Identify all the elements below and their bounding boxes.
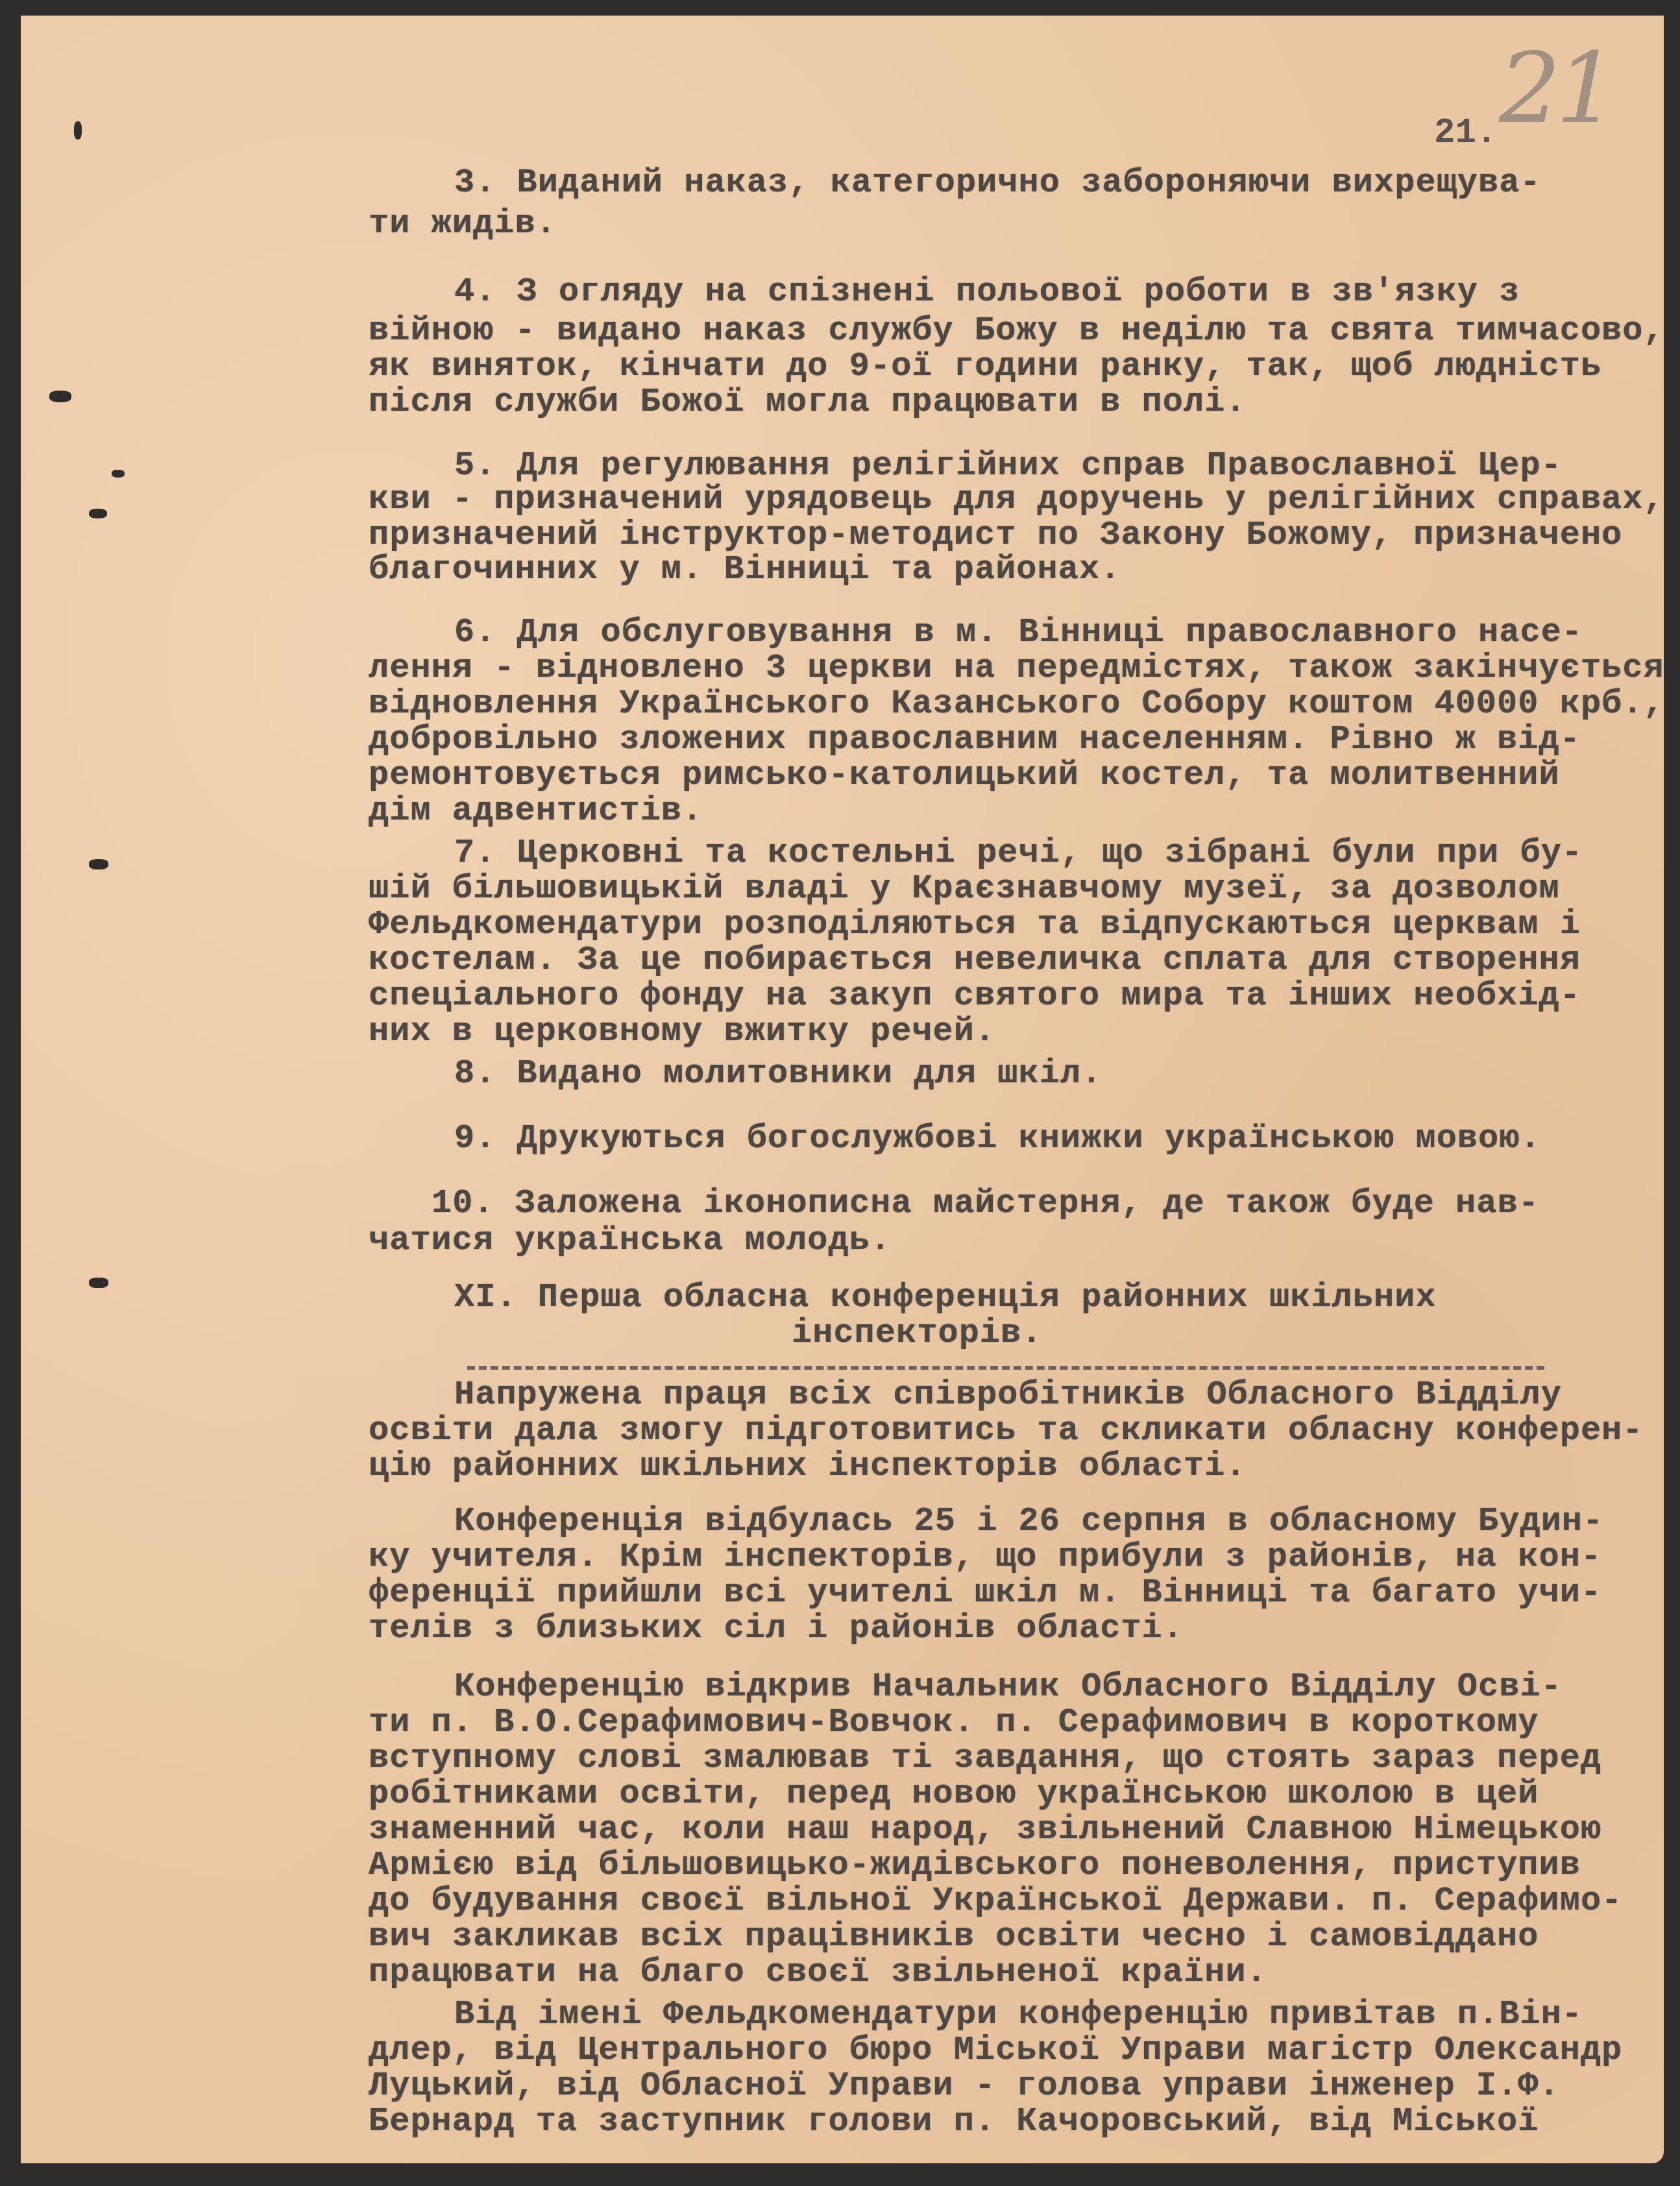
text-line: вступному слові змалював ті завдання, що…	[369, 1739, 1601, 1778]
text-line: ремонтовується римсько-католицький косте…	[369, 756, 1560, 795]
text-line: лення - відновлено 3 церкви на передміст…	[369, 649, 1664, 688]
text-line: костелам. За це побирається невеличка сп…	[369, 941, 1581, 980]
punch-hole	[89, 859, 108, 869]
text-line: відновлення Українського Казанського Соб…	[369, 685, 1664, 723]
punch-hole	[112, 470, 125, 478]
text-line: до будування своєї вільної Української Д…	[369, 1882, 1622, 1921]
text-line: XI. Перша обласна конференція районних ш…	[454, 1278, 1437, 1317]
text-line: ти п. В.О.Серафимович-Вовчок. п. Серафим…	[369, 1703, 1539, 1742]
text-line: вич закликав всіх працівників освіти чес…	[369, 1917, 1539, 1956]
text-line: кви - призначений урядовець для доручень…	[369, 480, 1664, 519]
text-line: війною - видано наказ службу Божу в неді…	[369, 311, 1664, 350]
text-line: шій більшовицькій владі у Краєзнавчому м…	[369, 869, 1560, 908]
text-line: добровільно зложених православним населе…	[369, 720, 1581, 759]
text-line: освіти дала змогу підготовитись та склик…	[369, 1411, 1644, 1450]
text-line: 7. Церковні та костельні речі, що зібран…	[454, 834, 1583, 873]
text-line: Армією від більшовицько-жидівського поне…	[369, 1846, 1581, 1885]
text-line: 8. Видано молитовники для шкіл.	[454, 1054, 1102, 1093]
pencil-folio-number: 21	[1499, 32, 1613, 145]
text-line: Луцький, від Обласної Управи - голова уп…	[369, 2067, 1560, 2106]
text-line: Бернард та заступник голови п. Качоровсь…	[369, 2102, 1539, 2141]
text-line: призначений інструктор-методист по Закон…	[369, 516, 1622, 555]
text-line: знаменний час, коли наш народ, звільнени…	[369, 1810, 1601, 1849]
text-line: працювати на благо своєї звільненої краї…	[369, 1953, 1267, 1992]
typed-page-number: 21.	[1434, 114, 1497, 153]
text-line: 10. Заложена іконописна майстерня, де та…	[432, 1184, 1539, 1223]
heading-underline	[467, 1366, 1544, 1370]
text-line: дім адвентистів.	[369, 792, 703, 831]
text-line: Конференція відбулась 25 і 26 серпня в о…	[454, 1502, 1603, 1541]
text-line: 6. Для обслуговування в м. Вінниці право…	[454, 613, 1583, 652]
punch-hole	[89, 509, 107, 518]
text-line: спеціального фонду на закуп святого мира…	[369, 977, 1581, 1015]
text-line: цію районних шкільних інспекторів област…	[369, 1447, 1247, 1486]
text-line: чатися українська молодь.	[369, 1221, 891, 1260]
text-line: 5. Для регулювання релігійних справ Прав…	[454, 446, 1562, 485]
text-line: Від імені Фельдкомендатури конференцію п…	[454, 1995, 1583, 2034]
text-line: 9. Друкуються богослужбові книжки україн…	[454, 1119, 1541, 1158]
punch-hole	[49, 391, 71, 402]
text-line: робітниками освіти, перед новою українсь…	[369, 1775, 1539, 1814]
text-line: 3. Виданий наказ, категорично забороняюч…	[454, 164, 1541, 202]
text-line: після служби Божої могла працювати в пол…	[369, 383, 1247, 422]
text-line: Фельдкомендатури розподіляються та відпу…	[369, 905, 1581, 944]
text-line: длер, від Центрального бюро Міської Упра…	[369, 2031, 1622, 2070]
text-line: Конференцію відкрив Начальник Обласного …	[454, 1668, 1562, 1706]
text-line: благочинних у м. Вінниці та районах.	[369, 550, 1121, 589]
text-line: Напружена праця всіх співробітників Обла…	[454, 1376, 1562, 1415]
punch-hole	[89, 1278, 108, 1288]
punch-hole	[74, 121, 82, 140]
text-line: них в церковному вжитку речей.	[369, 1012, 995, 1051]
text-line: 4. З огляду на спізнені польової роботи …	[454, 273, 1520, 311]
text-line: ференції прийшли всі учителі шкіл м. Він…	[369, 1573, 1601, 1612]
text-line: телів з близьких сіл і районів області.	[369, 1609, 1184, 1648]
text-line: як виняток, кінчати до 9-ої години ранку…	[369, 347, 1601, 386]
text-line: ку учителя. Крім інспекторів, що прибули…	[369, 1538, 1601, 1577]
text-line: інспекторів.	[792, 1314, 1042, 1353]
text-line: ти жидів.	[369, 204, 557, 243]
